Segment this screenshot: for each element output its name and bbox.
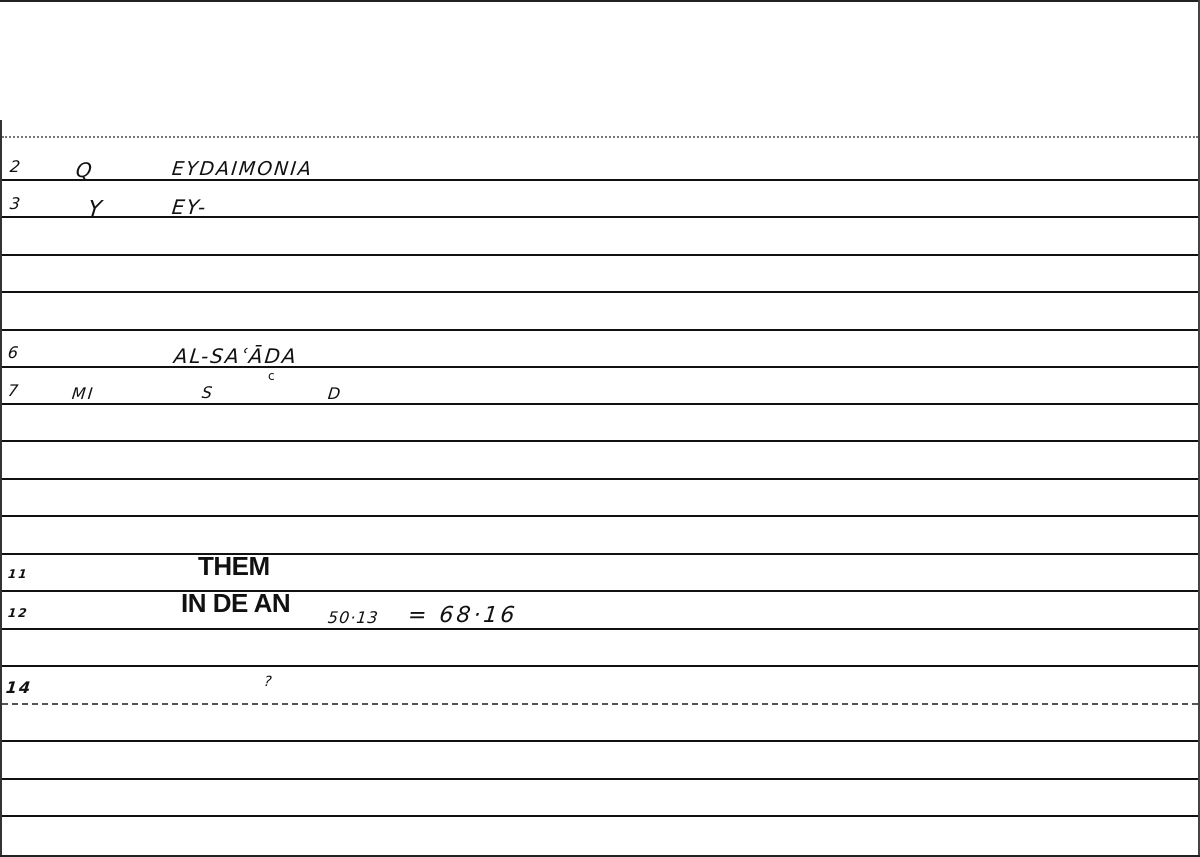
rule-line xyxy=(2,778,1198,780)
line-2-term: EYDAIMONIA xyxy=(171,158,314,180)
rule-line xyxy=(2,478,1198,480)
line-7-letter-d: D xyxy=(327,384,343,403)
line-12-reference-left: 50·13 xyxy=(327,608,380,627)
rule-line xyxy=(2,291,1198,293)
line-12-printed-term: IN DE AN xyxy=(181,588,290,619)
line-7-ayn-mark: c xyxy=(268,369,275,383)
line-number-7: 7 xyxy=(7,381,21,400)
line-7-letter-s: S xyxy=(201,383,215,402)
rule-line xyxy=(2,665,1198,667)
line-number-3: 3 xyxy=(9,194,23,213)
rule-line xyxy=(2,440,1198,442)
card-border-top xyxy=(0,0,1200,2)
line-14-question-mark: ? xyxy=(263,674,274,690)
line-number-14: 14 xyxy=(5,678,33,697)
rule-line xyxy=(2,740,1198,742)
rule-line xyxy=(2,553,1198,555)
line-7-code: MI xyxy=(71,384,96,403)
rule-line xyxy=(2,329,1198,331)
line-3-code: Y xyxy=(87,197,105,222)
line-12-reference-right: = 68·16 xyxy=(407,603,519,628)
rule-line xyxy=(2,515,1198,517)
card-border-left xyxy=(0,120,2,857)
line-number-6: 6 xyxy=(7,343,21,362)
dashed-rule xyxy=(2,703,1198,705)
line-number-12: 12 xyxy=(7,606,29,620)
rule-line xyxy=(2,628,1198,630)
rule-line xyxy=(2,403,1198,405)
line-number-11: 11 xyxy=(7,567,29,581)
line-2-code: Q xyxy=(75,158,95,182)
line-6-term: AL-SAʿĀDA xyxy=(173,344,299,368)
line-number-2: 2 xyxy=(9,157,23,176)
header-dashed-rule xyxy=(2,136,1198,138)
line-11-printed-term: THEM xyxy=(198,551,270,582)
index-card: 2 Q EYDAIMONIA 3 Y EY- 6 AL-SAʿĀDA 7 MI … xyxy=(0,0,1200,857)
rule-line xyxy=(2,815,1198,817)
rule-line xyxy=(2,254,1198,256)
line-3-term: EY- xyxy=(171,195,209,219)
